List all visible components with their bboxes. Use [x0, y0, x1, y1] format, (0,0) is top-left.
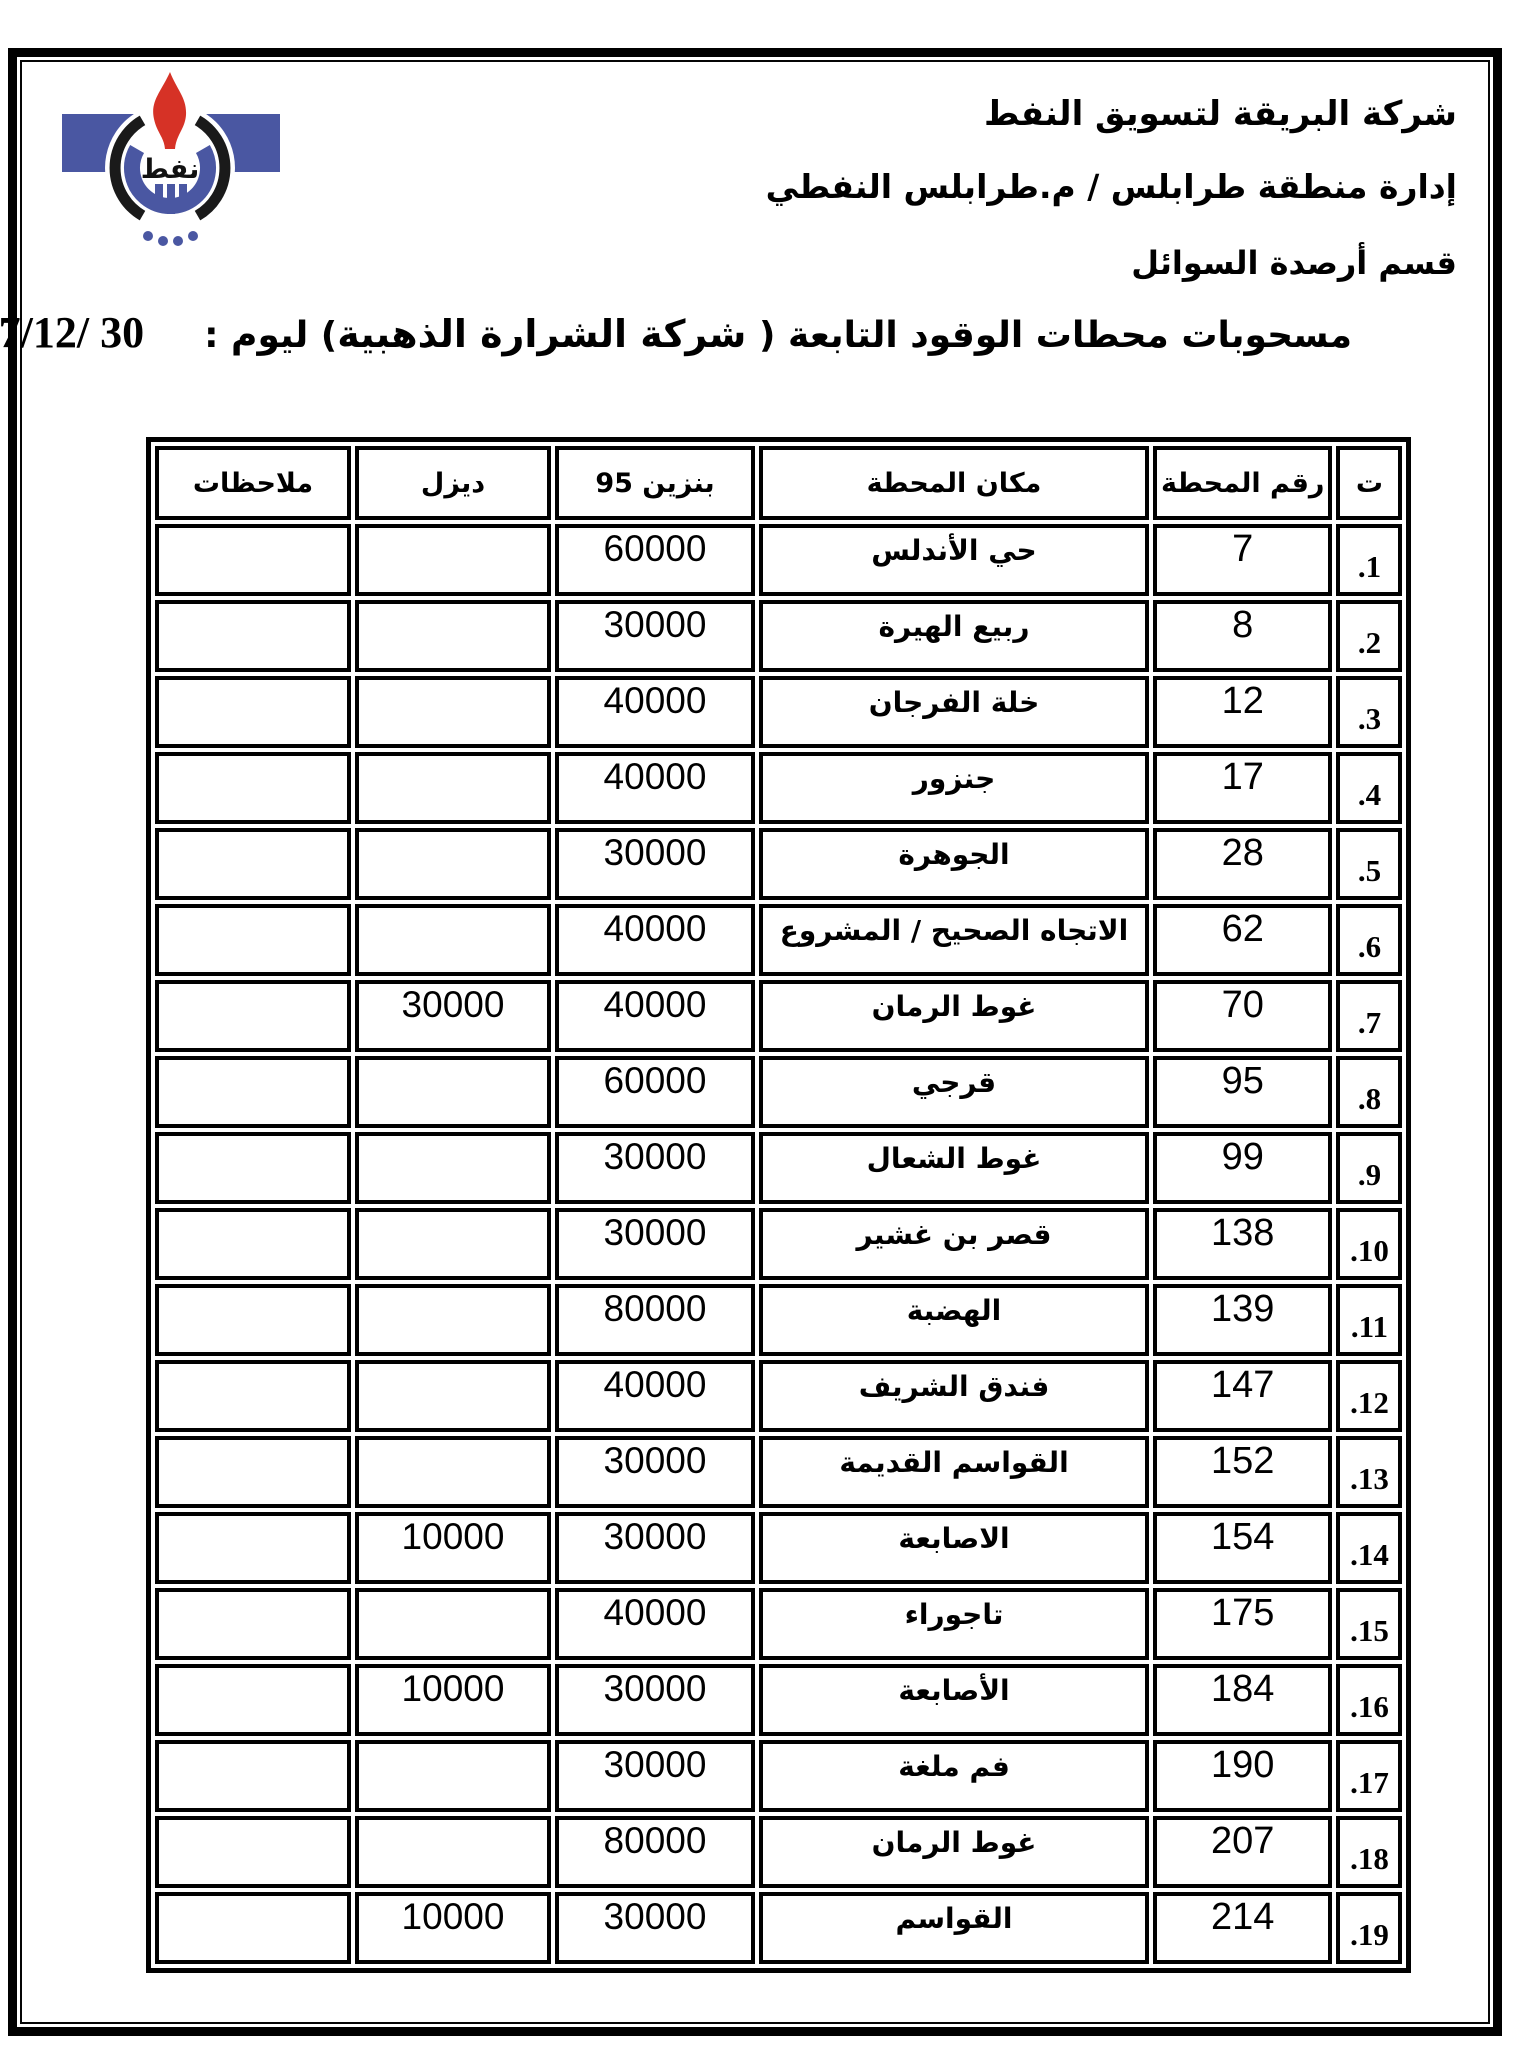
notes-cell — [155, 600, 351, 672]
diesel-cell — [355, 1056, 551, 1128]
row-index-cell: .17 — [1336, 1740, 1402, 1812]
station-location-cell: ربيع الهيرة — [759, 600, 1149, 672]
row-index-cell: .5 — [1336, 828, 1402, 900]
logo-dot-4 — [188, 231, 198, 241]
station-number-cell: 147 — [1153, 1360, 1332, 1432]
station-location-cell: الاصابعة — [759, 1512, 1149, 1584]
letterhead: شركة البريقة لتسويق النفط إدارة منطقة طر… — [766, 78, 1457, 302]
notes-cell — [155, 1208, 351, 1280]
table-body: .1 7 حي الأندلس 60000 .2 8 ربيع الهيرة 3… — [155, 524, 1402, 1964]
diesel-cell — [355, 524, 551, 596]
notes-cell — [155, 676, 351, 748]
table-row: .15 175 تاجوراء 40000 — [155, 1588, 1402, 1660]
diesel-cell — [355, 1208, 551, 1280]
station-location-cell: قصر بن غشير — [759, 1208, 1149, 1280]
diesel-cell: 10000 — [355, 1664, 551, 1736]
benzine95-cell: 30000 — [555, 1208, 755, 1280]
diesel-cell: 10000 — [355, 1892, 551, 1964]
benzine95-cell: 30000 — [555, 1892, 755, 1964]
station-location-cell: غوط الشعال — [759, 1132, 1149, 1204]
logo-oil-word: نفط — [141, 154, 199, 185]
diesel-cell — [355, 1284, 551, 1356]
notes-cell — [155, 752, 351, 824]
benzine95-cell: 80000 — [555, 1284, 755, 1356]
station-number-cell: 138 — [1153, 1208, 1332, 1280]
station-location-cell: غوط الرمان — [759, 980, 1149, 1052]
row-index-cell: .12 — [1336, 1360, 1402, 1432]
station-location-cell: الجوهرة — [759, 828, 1149, 900]
station-location-cell: تاجوراء — [759, 1588, 1149, 1660]
col-header-index: ت — [1336, 446, 1402, 520]
table-row: .5 28 الجوهرة 30000 — [155, 828, 1402, 900]
document-title: مسحوبات محطات الوقود التابعة ( شركة الشر… — [0, 303, 1352, 366]
notes-cell — [155, 1588, 351, 1660]
station-number-cell: 152 — [1153, 1436, 1332, 1508]
station-number-cell: 175 — [1153, 1588, 1332, 1660]
table-row: .7 70 غوط الرمان 40000 30000 — [155, 980, 1402, 1052]
table-row: .10 138 قصر بن غشير 30000 — [155, 1208, 1402, 1280]
logo-bar-1 — [155, 184, 163, 210]
station-number-cell: 154 — [1153, 1512, 1332, 1584]
benzine95-cell: 30000 — [555, 1664, 755, 1736]
logo-dot-3 — [173, 236, 183, 246]
station-location-cell: الأصابعة — [759, 1664, 1149, 1736]
col-header-benzine95: بنزين 95 — [555, 446, 755, 520]
table-row: .17 190 فم ملغة 30000 — [155, 1740, 1402, 1812]
table-row: .18 207 غوط الرمان 80000 — [155, 1816, 1402, 1888]
company-name-line: شركة البريقة لتسويق النفط — [766, 78, 1457, 150]
notes-cell — [155, 1284, 351, 1356]
notes-cell — [155, 1056, 351, 1128]
logo-bar-2 — [167, 184, 175, 214]
diesel-cell — [355, 1436, 551, 1508]
station-number-cell: 207 — [1153, 1816, 1332, 1888]
benzine95-cell: 60000 — [555, 524, 755, 596]
notes-cell — [155, 1436, 351, 1508]
logo-dot-2 — [158, 236, 168, 246]
benzine95-cell: 30000 — [555, 828, 755, 900]
row-index-cell: .13 — [1336, 1436, 1402, 1508]
table-row: .2 8 ربيع الهيرة 30000 — [155, 600, 1402, 672]
station-number-cell: 62 — [1153, 904, 1332, 976]
table-row: .19 214 القواسم 30000 10000 — [155, 1892, 1402, 1964]
diesel-cell — [355, 752, 551, 824]
table-row: .11 139 الهضبة 80000 — [155, 1284, 1402, 1356]
notes-cell — [155, 1892, 351, 1964]
row-index-cell: .7 — [1336, 980, 1402, 1052]
station-number-cell: 17 — [1153, 752, 1332, 824]
benzine95-cell: 40000 — [555, 676, 755, 748]
section-line: قسم أرصدة السوائل — [766, 224, 1457, 302]
row-index-cell: .6 — [1336, 904, 1402, 976]
row-index-cell: .2 — [1336, 600, 1402, 672]
diesel-cell — [355, 1740, 551, 1812]
notes-cell — [155, 1512, 351, 1584]
station-number-cell: 7 — [1153, 524, 1332, 596]
station-number-cell: 99 — [1153, 1132, 1332, 1204]
brega-oil-logo: نفط — [62, 70, 280, 270]
station-location-cell: فندق الشريف — [759, 1360, 1149, 1432]
table-row: .8 95 قرجي 60000 — [155, 1056, 1402, 1128]
row-index-cell: .1 — [1336, 524, 1402, 596]
table-row: .9 99 غوط الشعال 30000 — [155, 1132, 1402, 1204]
title-suffix: ) ليوم : — [204, 315, 337, 356]
station-number-cell: 70 — [1153, 980, 1332, 1052]
notes-cell — [155, 1664, 351, 1736]
diesel-cell: 10000 — [355, 1512, 551, 1584]
table-row: .14 154 الاصابعة 30000 10000 — [155, 1512, 1402, 1584]
station-location-cell: قرجي — [759, 1056, 1149, 1128]
row-index-cell: .16 — [1336, 1664, 1402, 1736]
benzine95-cell: 40000 — [555, 980, 755, 1052]
benzine95-cell: 40000 — [555, 752, 755, 824]
notes-cell — [155, 904, 351, 976]
row-index-cell: .3 — [1336, 676, 1402, 748]
diesel-cell — [355, 1360, 551, 1432]
station-number-cell: 8 — [1153, 600, 1332, 672]
station-number-cell: 139 — [1153, 1284, 1332, 1356]
title-company-name: شركة الشرارة الذهبية — [337, 312, 746, 356]
table-row: .12 147 فندق الشريف 40000 — [155, 1360, 1402, 1432]
title-prefix: مسحوبات محطات الوقود التابعة ( — [746, 315, 1352, 356]
table-header-row: ت رقم المحطة مكان المحطة بنزين 95 ديزل م… — [155, 446, 1402, 520]
row-index-cell: .8 — [1336, 1056, 1402, 1128]
diesel-cell — [355, 676, 551, 748]
station-number-cell: 12 — [1153, 676, 1332, 748]
withdrawals-table: ت رقم المحطة مكان المحطة بنزين 95 ديزل م… — [146, 437, 1411, 1973]
benzine95-cell: 40000 — [555, 1588, 755, 1660]
station-location-cell: خلة الفرجان — [759, 676, 1149, 748]
station-number-cell: 28 — [1153, 828, 1332, 900]
station-location-cell: الاتجاه الصحيح / المشروع — [759, 904, 1149, 976]
notes-cell — [155, 1360, 351, 1432]
station-location-cell: حي الأندلس — [759, 524, 1149, 596]
diesel-cell: 30000 — [355, 980, 551, 1052]
station-location-cell: فم ملغة — [759, 1740, 1149, 1812]
notes-cell — [155, 828, 351, 900]
notes-cell — [155, 980, 351, 1052]
diesel-cell — [355, 1132, 551, 1204]
diesel-cell — [355, 1816, 551, 1888]
row-index-cell: .18 — [1336, 1816, 1402, 1888]
table-row: .13 152 القواسم القديمة 30000 — [155, 1436, 1402, 1508]
station-location-cell: غوط الرمان — [759, 1816, 1149, 1888]
row-index-cell: .15 — [1336, 1588, 1402, 1660]
withdrawals-table-wrapper: ت رقم المحطة مكان المحطة بنزين 95 ديزل م… — [146, 437, 1411, 1973]
logo-dot-1 — [143, 231, 153, 241]
station-location-cell: القواسم القديمة — [759, 1436, 1149, 1508]
station-location-cell: القواسم — [759, 1892, 1149, 1964]
benzine95-cell: 30000 — [555, 1740, 755, 1812]
station-location-cell: الهضبة — [759, 1284, 1149, 1356]
benzine95-cell: 40000 — [555, 1360, 755, 1432]
title-date: 2017/12/ 30 — [0, 303, 144, 363]
notes-cell — [155, 1816, 351, 1888]
station-location-cell: جنزور — [759, 752, 1149, 824]
notes-cell — [155, 1132, 351, 1204]
diesel-cell — [355, 828, 551, 900]
row-index-cell: .4 — [1336, 752, 1402, 824]
benzine95-cell: 30000 — [555, 1436, 755, 1508]
row-index-cell: .9 — [1336, 1132, 1402, 1204]
station-number-cell: 190 — [1153, 1740, 1332, 1812]
row-index-cell: .14 — [1336, 1512, 1402, 1584]
station-number-cell: 95 — [1153, 1056, 1332, 1128]
diesel-cell — [355, 1588, 551, 1660]
table-row: .3 12 خلة الفرجان 40000 — [155, 676, 1402, 748]
diesel-cell — [355, 904, 551, 976]
department-line: إدارة منطقة طرابلس / م.طرابلس النفطي — [766, 150, 1457, 224]
benzine95-cell: 30000 — [555, 1132, 755, 1204]
col-header-notes: ملاحظات — [155, 446, 351, 520]
notes-cell — [155, 524, 351, 596]
table-row: .16 184 الأصابعة 30000 10000 — [155, 1664, 1402, 1736]
logo-bar-3 — [179, 184, 187, 208]
benzine95-cell: 30000 — [555, 600, 755, 672]
benzine95-cell: 60000 — [555, 1056, 755, 1128]
col-header-diesel: ديزل — [355, 446, 551, 520]
col-header-location: مكان المحطة — [759, 446, 1149, 520]
benzine95-cell: 40000 — [555, 904, 755, 976]
scanned-document-page: { "header": { "company": "شركة البريقة ل… — [0, 0, 1515, 2048]
table-row: .4 17 جنزور 40000 — [155, 752, 1402, 824]
row-index-cell: .11 — [1336, 1284, 1402, 1356]
station-number-cell: 184 — [1153, 1664, 1332, 1736]
table-row: .1 7 حي الأندلس 60000 — [155, 524, 1402, 596]
notes-cell — [155, 1740, 351, 1812]
diesel-cell — [355, 600, 551, 672]
row-index-cell: .19 — [1336, 1892, 1402, 1964]
row-index-cell: .10 — [1336, 1208, 1402, 1280]
benzine95-cell: 30000 — [555, 1512, 755, 1584]
table-row: .6 62 الاتجاه الصحيح / المشروع 40000 — [155, 904, 1402, 976]
col-header-station-no: رقم المحطة — [1153, 446, 1332, 520]
benzine95-cell: 80000 — [555, 1816, 755, 1888]
station-number-cell: 214 — [1153, 1892, 1332, 1964]
